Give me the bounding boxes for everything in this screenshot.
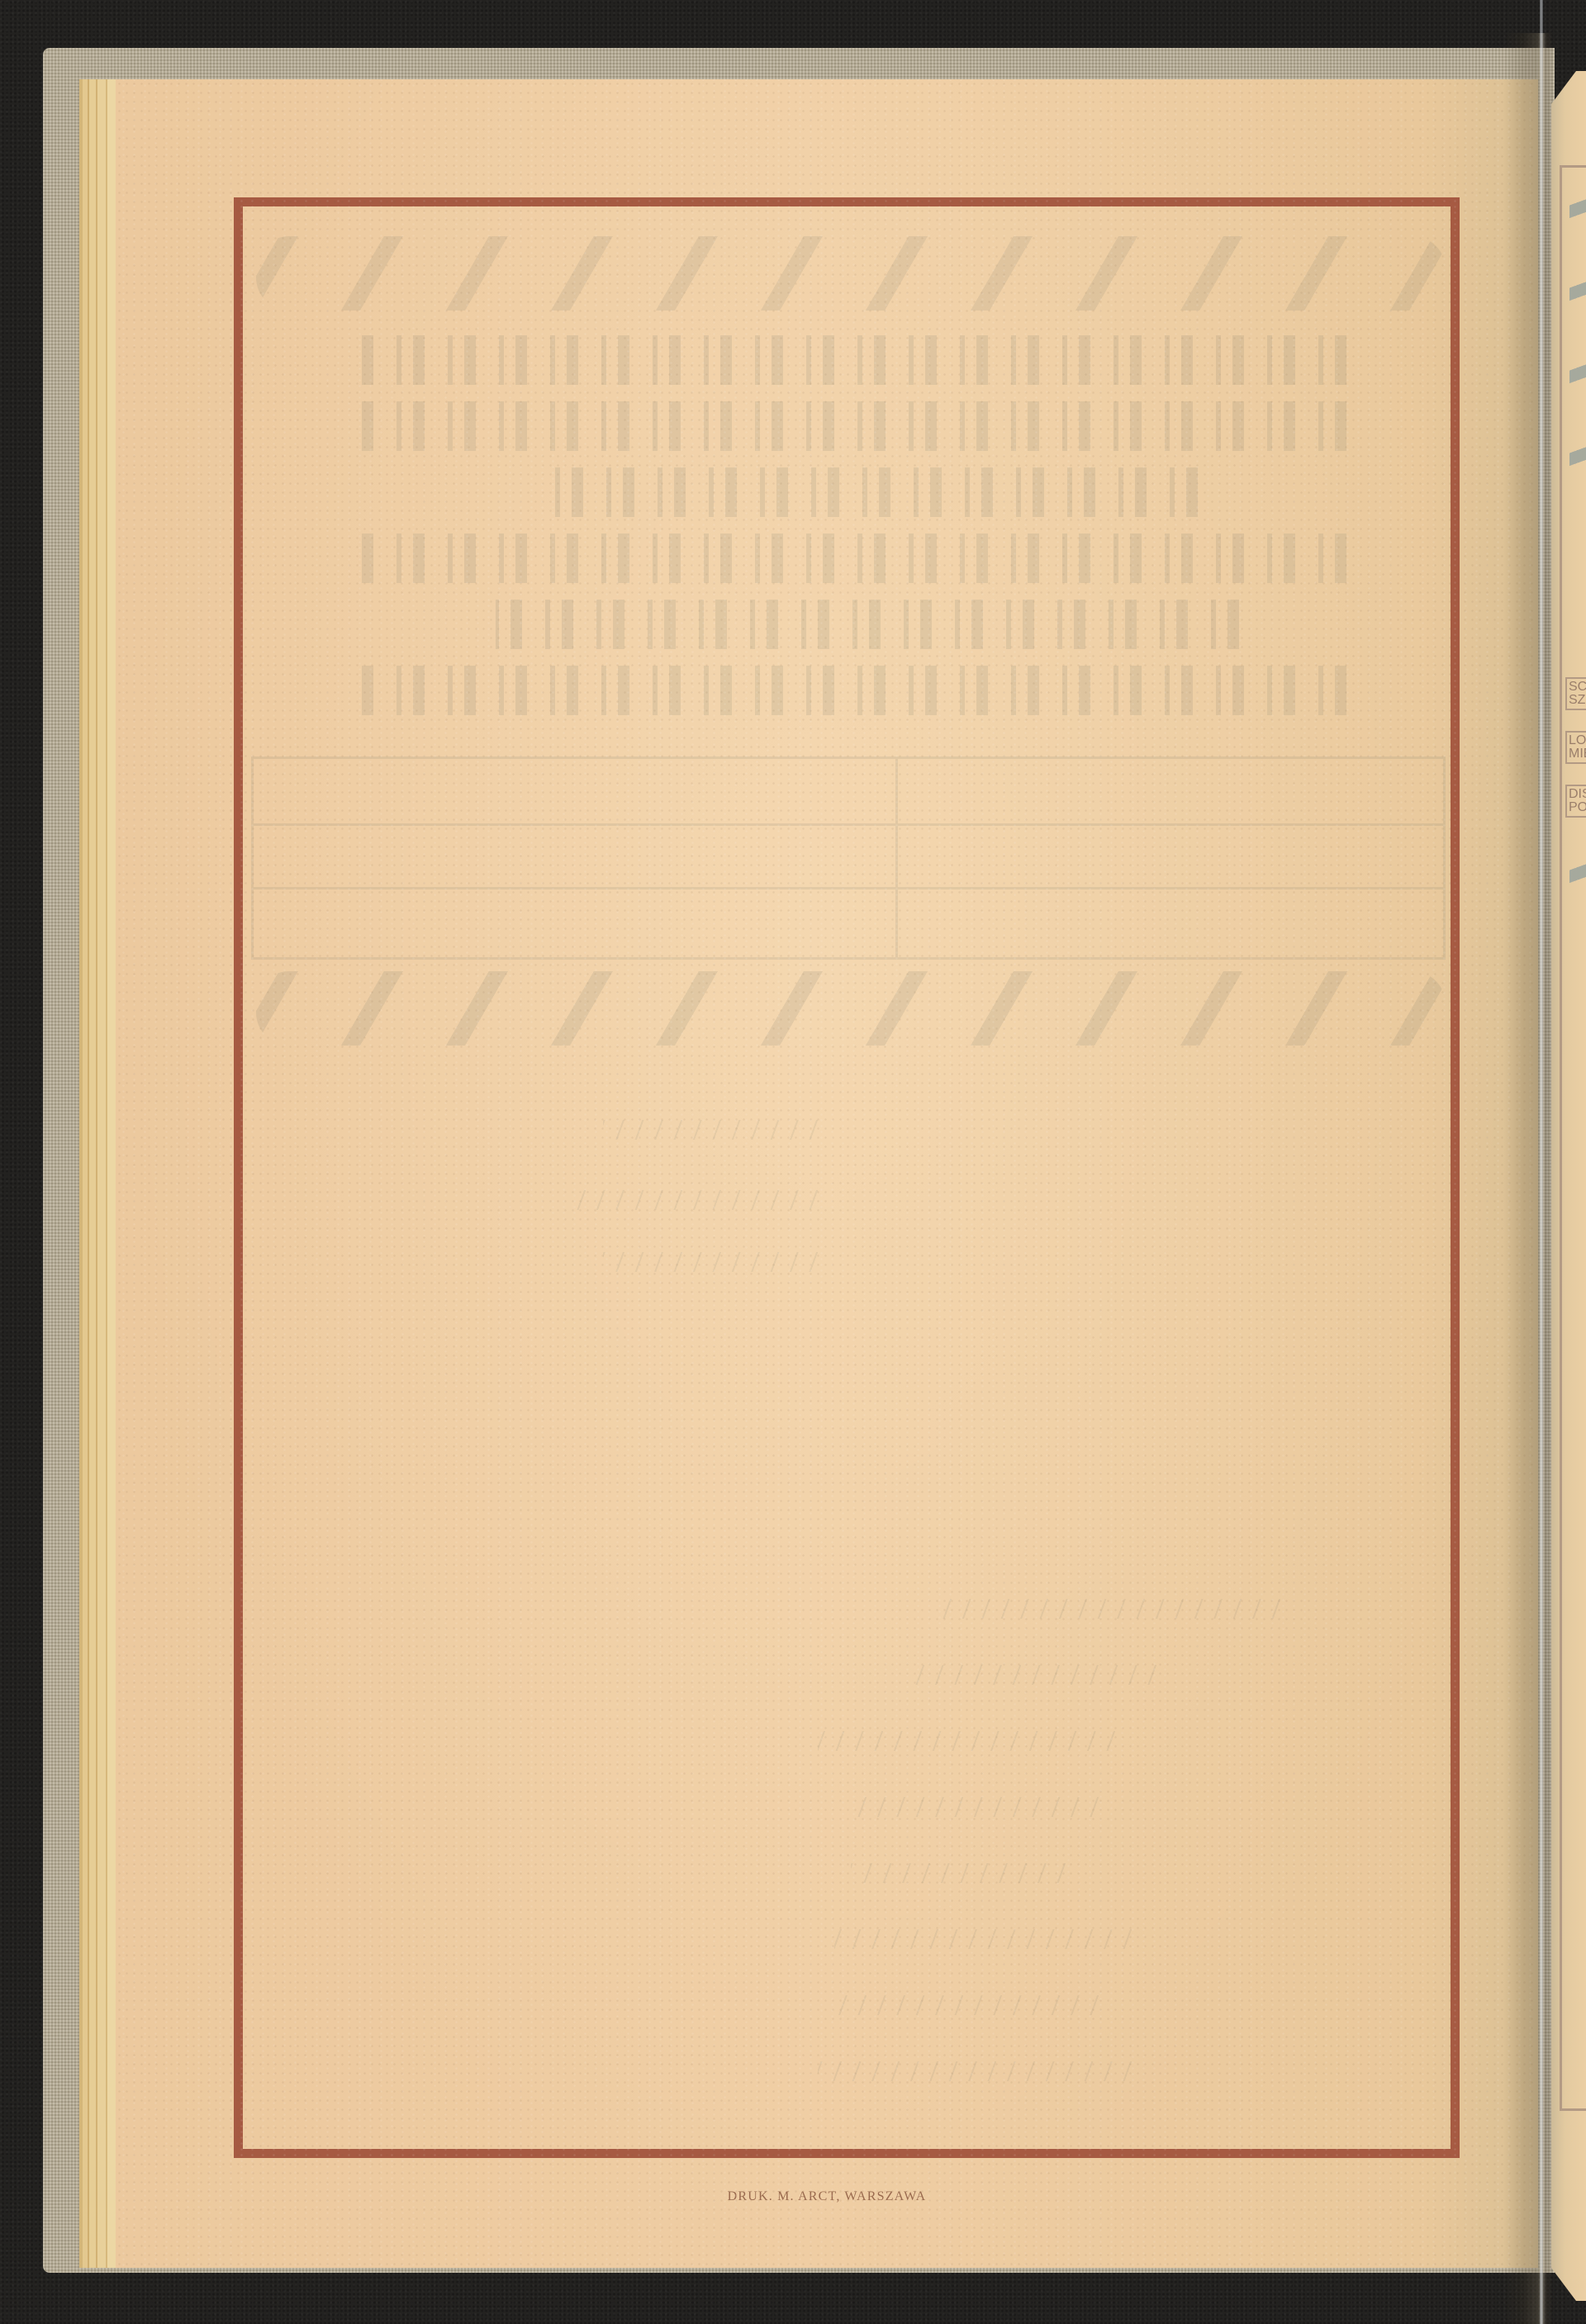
adjacent-label-line: SCH [1569,681,1586,694]
adjacent-label-line: MIE [1569,747,1586,761]
printed-border-frame [234,197,1460,2158]
adjacent-label-line: SZK [1569,694,1586,707]
adjacent-label-line: PO [1569,801,1586,814]
adjacent-label-line: LOC [1569,734,1586,747]
adjacent-ornament-icon [1569,855,1586,899]
adjacent-ornament-icon [1569,438,1586,482]
scanner-glass-edge [1540,0,1543,2324]
adjacent-ornament-icon [1569,190,1586,235]
book-page: DRUK. M. ARCT, WARSZAWA [116,79,1538,2268]
adjacent-ornament-icon [1569,273,1586,317]
adjacent-page-label: SCH SZK [1565,677,1586,710]
adjacent-label-line: DIS [1569,788,1586,801]
adjacent-page-label: DIS PO [1565,785,1586,818]
spine-gutter-shadow [1503,33,1553,2324]
printer-imprint: DRUK. M. ARCT, WARSZAWA [116,2189,1538,2204]
adjacent-ornament-icon [1569,355,1586,400]
page-edges-stack [79,79,117,2268]
adjacent-page-label: LOC MIE [1565,731,1586,764]
